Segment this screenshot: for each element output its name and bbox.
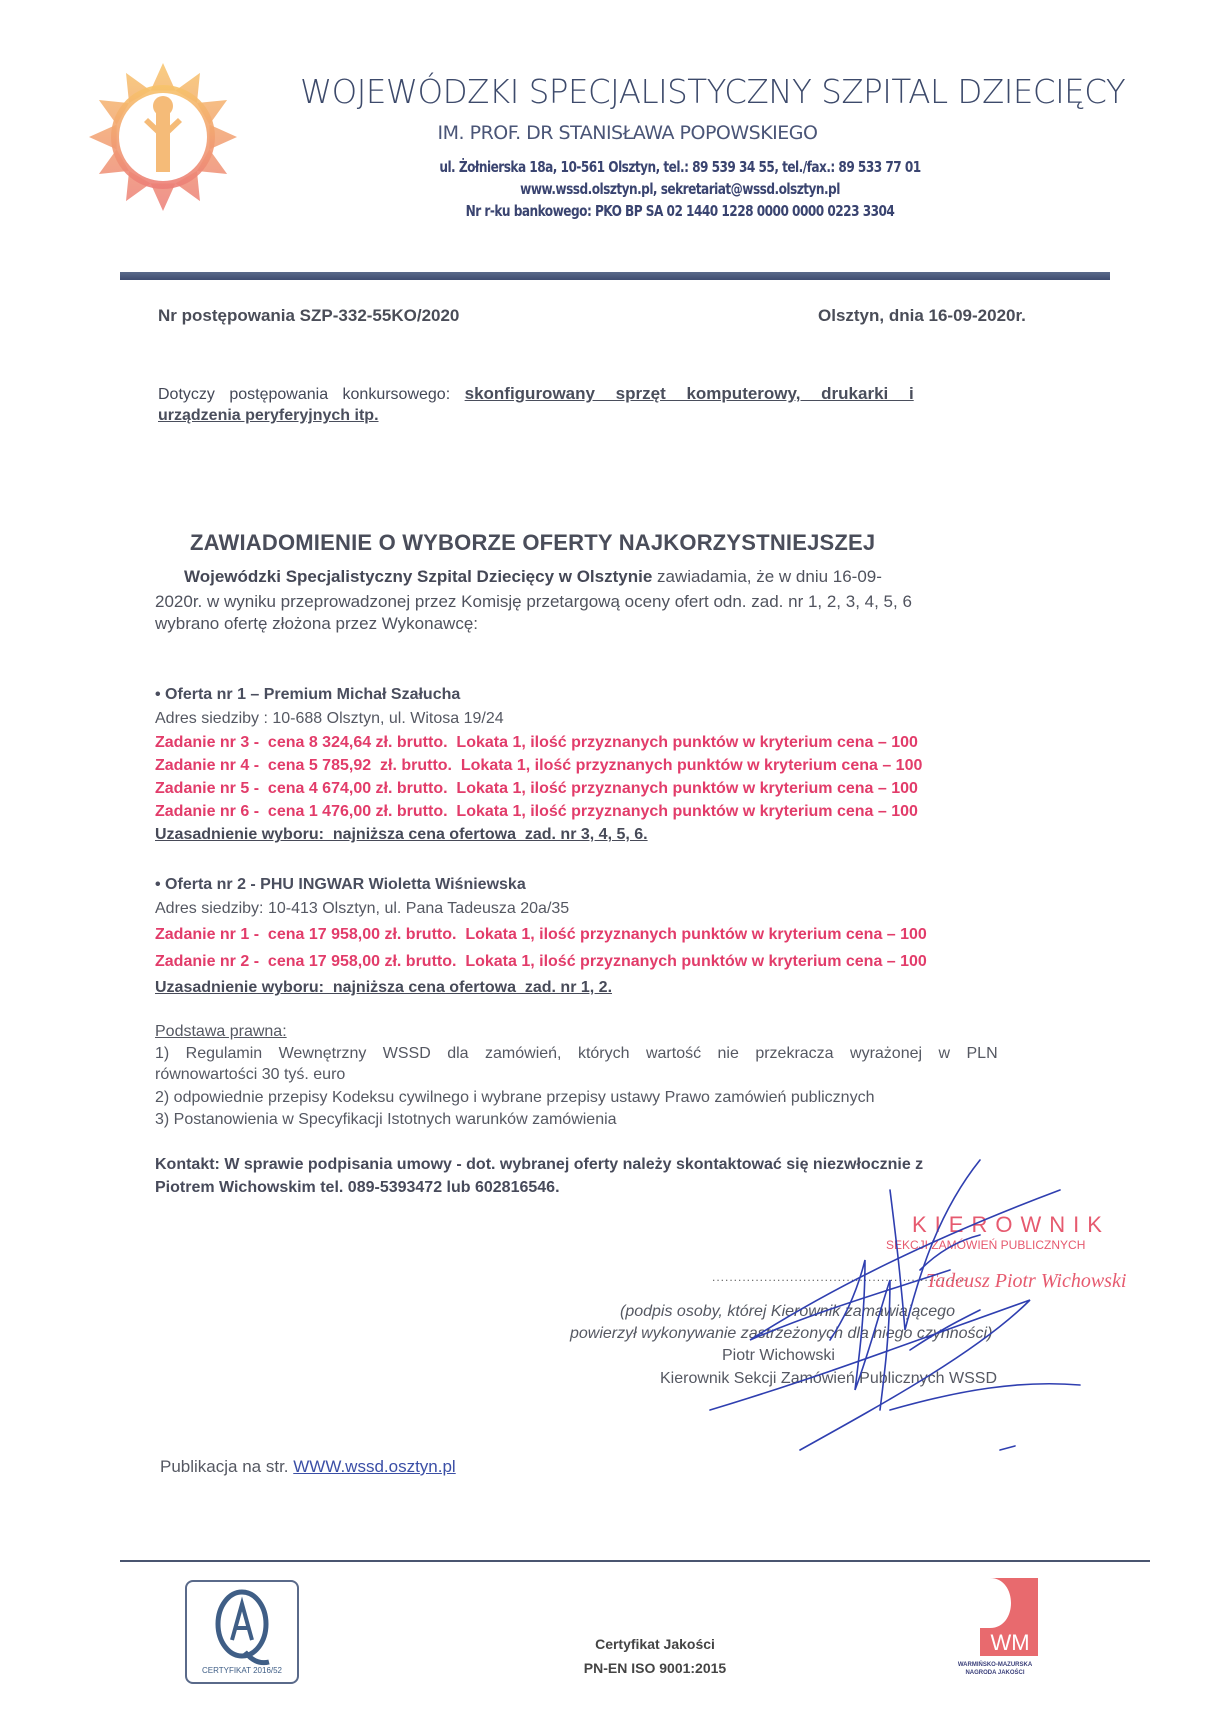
publication-link[interactable]: WWW.wssd.osztyn.pl bbox=[293, 1457, 455, 1476]
offer-1-heading: • Oferta nr 1 – Premium Michał Szałucha bbox=[155, 686, 460, 704]
regarding-label: Dotyczy postępowania konkursowego: bbox=[158, 386, 450, 403]
offer-1-task: Zadanie nr 4 - cena 5 785,92 zł. brutto.… bbox=[155, 757, 922, 775]
publication-label: Publikacja na str. bbox=[160, 1457, 293, 1476]
hospital-web-email: www.wssd.olsztyn.pl, sekretariat@wssd.ol… bbox=[338, 180, 1022, 198]
handwritten-signature-icon bbox=[560, 1150, 1120, 1470]
offer-2-address: Adres siedziby: 10-413 Olsztyn, ul. Pana… bbox=[155, 900, 569, 918]
offer-1-justification: Uzasadnienie wyboru: najniższa cena ofer… bbox=[155, 826, 648, 844]
notice-intro-2: 2020r. w wyniku przeprowadzonej przez Ko… bbox=[155, 590, 1115, 613]
q-logo-caption: CERTYFIKAT 2016/52 bbox=[187, 1666, 297, 1675]
offer-2-task: Zadanie nr 2 - cena 17 958,00 zł. brutto… bbox=[155, 953, 927, 971]
wm-logo-text: WM bbox=[990, 1630, 1029, 1655]
header-divider bbox=[120, 272, 1110, 280]
wm-award-icon: WM bbox=[950, 1578, 1040, 1656]
notice-intro-hospital: Wojewódzki Specjalistyczny Szpital Dziec… bbox=[184, 567, 652, 586]
regarding-subject-1: skonfigurowany sprzęt komputerowy, druka… bbox=[465, 384, 914, 403]
notice-intro-3: wybrano ofertę złożona przez Wykonawcę: bbox=[155, 612, 1115, 635]
notice-title: ZAWIADOMIENIE O WYBORZE OFERTY NAJKORZYS… bbox=[190, 530, 875, 556]
offer-2-task: Zadanie nr 1 - cena 17 958,00 zł. brutto… bbox=[155, 926, 927, 944]
legal-basis-heading: Podstawa prawna: bbox=[155, 1023, 287, 1041]
legal-basis-item-1-cont: równowartości 30 tyś. euro bbox=[155, 1066, 345, 1084]
contact-line-2: Piotrem Wichowskim tel. 089-5393472 lub … bbox=[155, 1179, 560, 1197]
hospital-address: ul. Żołnierska 18a, 10-561 Olsztyn, tel.… bbox=[338, 158, 1022, 176]
publication-line: Publikacja na str. WWW.wssd.osztyn.pl bbox=[160, 1457, 456, 1477]
offer-1-task: Zadanie nr 6 - cena 1 476,00 zł. brutto.… bbox=[155, 803, 918, 821]
place-date: Olsztyn, dnia 16-09-2020r. bbox=[818, 306, 1026, 326]
notice-intro-rest: zawiadamia, że w dniu 16-09- bbox=[652, 567, 882, 586]
quality-certificate-logo: CERTYFIKAT 2016/52 bbox=[185, 1580, 299, 1684]
legal-basis-item-2: 2) odpowiednie przepisy Kodeksu cywilneg… bbox=[155, 1089, 874, 1107]
regarding-line-1: Dotyczy postępowania konkursowego: skonf… bbox=[158, 384, 914, 404]
hospital-sun-logo-icon bbox=[88, 62, 238, 212]
offer-1-task: Zadanie nr 3 - cena 8 324,64 zł. brutto.… bbox=[155, 734, 918, 752]
notice-intro-1: Wojewódzki Specjalistyczny Szpital Dziec… bbox=[184, 565, 1144, 588]
wm-caption-2: NAGRODA JAKOŚCI bbox=[950, 1669, 1040, 1677]
warmia-mazury-quality-award-logo: WM WARMIŃSKO-MAZURSKA NAGRODA JAKOŚCI bbox=[950, 1578, 1040, 1678]
certificate-title: Certyfikat Jakości bbox=[505, 1636, 805, 1652]
hospital-patron: IM. PROF. DR STANISŁAWA POPOWSKIEGO bbox=[300, 122, 955, 144]
legal-basis-item-3: 3) Postanowienia w Specyfikacji Istotnyc… bbox=[155, 1111, 617, 1129]
footer-divider bbox=[120, 1560, 1150, 1562]
legal-basis-item-1: 1) Regulamin Wewnętrzny WSSD dla zamówie… bbox=[155, 1045, 998, 1063]
certificate-standard: PN-EN ISO 9001:2015 bbox=[505, 1660, 805, 1676]
hospital-name: WOJEWÓDZKI SPECJALISTYCZNY SZPITAL DZIEC… bbox=[300, 72, 1125, 111]
hospital-bank-account: Nr r-ku bankowego: PKO BP SA 02 1440 122… bbox=[338, 202, 1022, 220]
regarding-subject-2: urządzenia peryferyjnych itp. bbox=[158, 407, 379, 425]
offer-1-task: Zadanie nr 5 - cena 4 674,00 zł. brutto.… bbox=[155, 780, 918, 798]
case-number: Nr postępowania SZP-332-55KO/2020 bbox=[158, 306, 459, 326]
offer-2-justification: Uzasadnienie wyboru: najniższa cena ofer… bbox=[155, 979, 612, 997]
offer-2-heading: • Oferta nr 2 - PHU INGWAR Wioletta Wiśn… bbox=[155, 876, 526, 894]
offer-1-address: Adres siedziby : 10-688 Olsztyn, ul. Wit… bbox=[155, 710, 504, 728]
wm-caption-1: WARMIŃSKO-MAZURSKA bbox=[950, 1661, 1040, 1669]
